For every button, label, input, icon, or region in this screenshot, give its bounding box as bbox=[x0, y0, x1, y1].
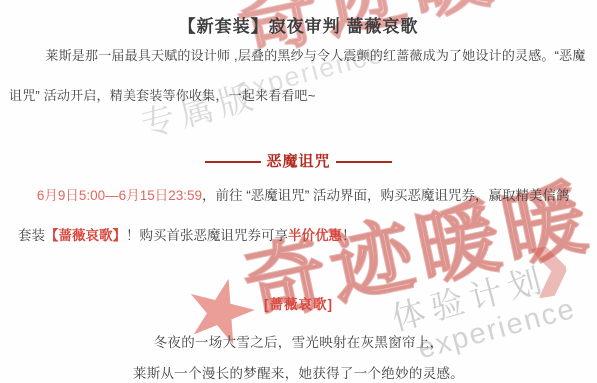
divider-line-right bbox=[336, 161, 392, 163]
story-line-2: 莱斯从一个漫长的梦醒来，她获得了一个绝妙的灵感。 bbox=[0, 362, 597, 382]
divider-line-left bbox=[205, 161, 261, 163]
divider-label: 恶魔诅咒 bbox=[266, 151, 330, 173]
promo-text-2: ！购买首张恶魔诅咒券可享 bbox=[126, 228, 288, 243]
promo-paragraph: 6月9日5:00—6月15日23:59，前往 “恶魔诅咒” 活动界面，购买恶魔诅… bbox=[0, 176, 597, 256]
promo-text-3: ！ bbox=[342, 228, 356, 243]
intro-paragraph: 莱斯是那一届最具天赋的设计师 ,层叠的黑纱与令人震颤的红蔷薇成为了她设计的灵感。… bbox=[0, 36, 597, 116]
story-line-1: 冬夜的一场大雪之后，雪光映射在灰黑窗帘上， bbox=[0, 331, 597, 351]
page-title: 【新套装】寂夜审判 蔷薇哀歌 bbox=[0, 12, 597, 37]
event-date-range: 6月9日5:00—6月15日23:59 bbox=[37, 188, 202, 203]
suit-name-highlight: 【蔷薇哀歌】 bbox=[45, 228, 126, 243]
half-price-highlight: 半价优惠 bbox=[288, 228, 342, 243]
section-divider-demon-curse: 恶魔诅咒 bbox=[0, 151, 597, 173]
section-heading-rose-elegy: [蔷薇哀歌] bbox=[0, 293, 597, 313]
announcement-page: 奇迹暖暖 专属版 experience ★ 奇迹暖暖 › 体验计划 experi… bbox=[0, 0, 597, 383]
